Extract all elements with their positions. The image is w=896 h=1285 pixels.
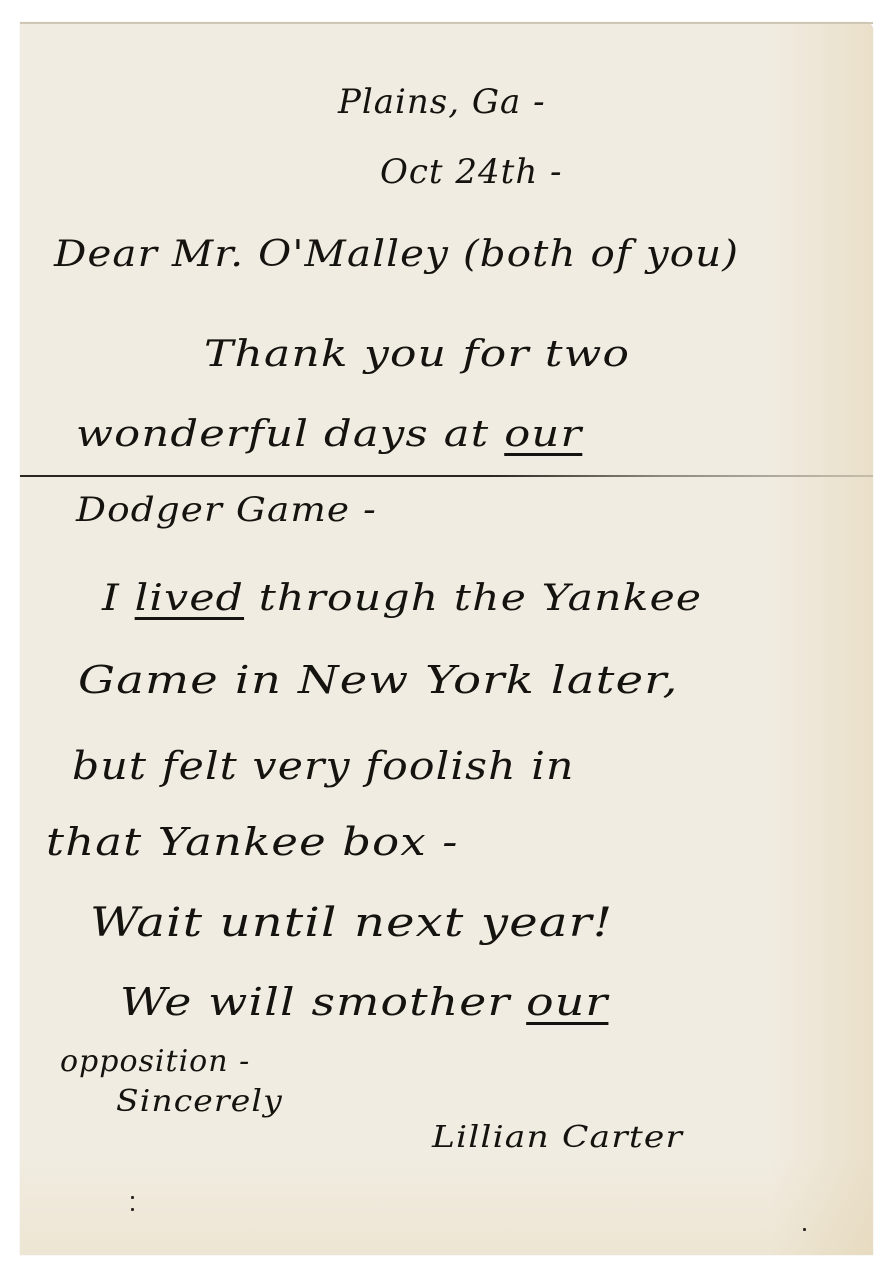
body-line-7: that Yankee box - xyxy=(46,820,459,864)
body-line-4: I lived through the Yankee xyxy=(102,578,702,619)
paper-speck xyxy=(131,1196,134,1199)
underlined-word: our xyxy=(526,980,608,1024)
body-line-5: Game in New York later, xyxy=(78,658,679,702)
letter-closing: Sincerely xyxy=(116,1084,283,1119)
paper-speck xyxy=(131,1208,134,1211)
body-line-3: Dodger Game - xyxy=(76,490,377,530)
paper-top-edge xyxy=(20,22,873,24)
body-line-6: but felt very foolish in xyxy=(72,744,575,788)
underlined-word: our xyxy=(504,414,582,455)
underlined-word: lived xyxy=(135,578,244,619)
letter-salutation: Dear Mr. O'Malley (both of you) xyxy=(54,234,739,275)
letter-paper: Plains, Ga - Oct 24th - Dear Mr. O'Malle… xyxy=(20,22,873,1255)
letter-place: Plains, Ga - xyxy=(338,82,546,122)
fold-line xyxy=(20,475,873,477)
body-line-2: wonderful days at our xyxy=(76,414,582,455)
body-line-1: Thank you for two xyxy=(204,334,630,375)
letter-signature: Lillian Carter xyxy=(432,1120,683,1155)
body-line-9: We will smother our xyxy=(120,980,608,1024)
body-line-10: opposition - xyxy=(60,1044,250,1079)
paper-speck xyxy=(803,1228,806,1231)
body-line-8: Wait until next year! xyxy=(90,900,613,946)
letter-date: Oct 24th - xyxy=(380,152,563,192)
